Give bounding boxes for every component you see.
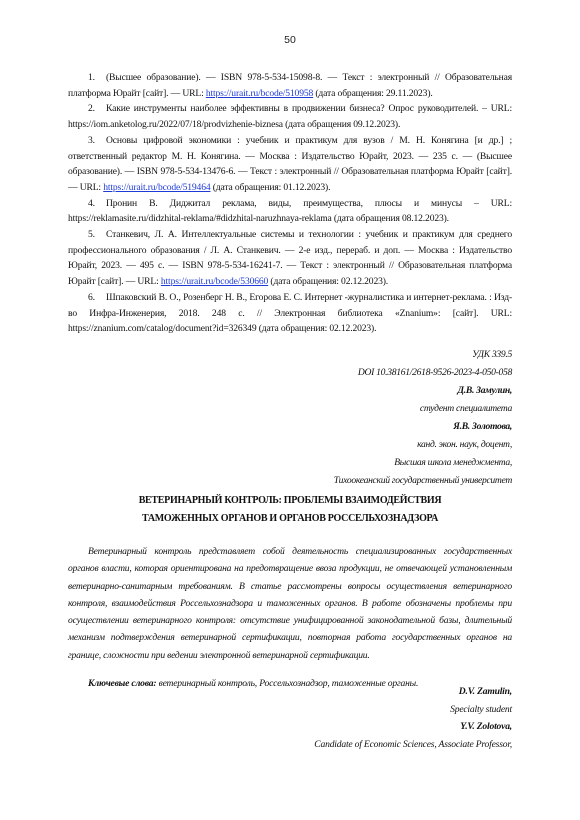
english-meta: D.V. Zamulin, Specialty student Y.V. Zol…	[112, 683, 512, 753]
reference-list: 1.(Высшее образование). — ISBN 978-5-534…	[68, 70, 512, 337]
doi: DOI 10.38161/2618-9526-2023-4-050-058	[112, 364, 512, 382]
reference-item: 1.(Высшее образование). — ISBN 978-5-534…	[68, 70, 512, 101]
author-position: студент специалитета	[112, 400, 512, 418]
article-title: ВЕТЕРИНАРНЫЙ КОНТРОЛЬ: ПРОБЛЕМЫ ВЗАИМОДЕ…	[68, 492, 512, 528]
reference-item: 4.Пронин В. Диджитал реклама, виды, преи…	[68, 196, 512, 227]
affiliation: Высшая школа менеджмента,	[112, 454, 512, 472]
affiliation: Тихоокеанский государственный университе…	[112, 472, 512, 490]
author-position: канд. экон. наук, доцент,	[112, 436, 512, 454]
reference-item: 2.Какие инструменты наиболее эффективны …	[68, 101, 512, 132]
reference-link[interactable]: https://urait.ru/bcode/510958	[206, 88, 313, 99]
author-position-en: Specialty student	[112, 701, 512, 719]
abstract: Ветеринарный контроль представляет собой…	[68, 543, 512, 664]
reference-item: 3.Основы цифровой экономики : учебник и …	[68, 133, 512, 196]
author-position-en: Candidate of Economic Sciences, Associat…	[112, 736, 512, 754]
page-number: 50	[0, 34, 580, 46]
reference-link[interactable]: https://urait.ru/bcode/519464	[103, 182, 210, 193]
reference-link[interactable]: https://urait.ru/bcode/530660	[161, 276, 268, 287]
reference-item: 6.Шпаковский В. О., Розенберг Н. В., Его…	[68, 290, 512, 337]
udk: УДК 339.5	[112, 346, 512, 364]
author-name-en: Y.V. Zolotova,	[112, 718, 512, 736]
article-meta: УДК 339.5 DOI 10.38161/2618-9526-2023-4-…	[112, 346, 512, 490]
author-name: Д.В. Замулин,	[112, 382, 512, 400]
author-name-en: D.V. Zamulin,	[112, 683, 512, 701]
reference-item: 5.Станкевич, Л. А. Интеллектуальные сист…	[68, 227, 512, 290]
author-name: Я.В. Золотова,	[112, 418, 512, 436]
